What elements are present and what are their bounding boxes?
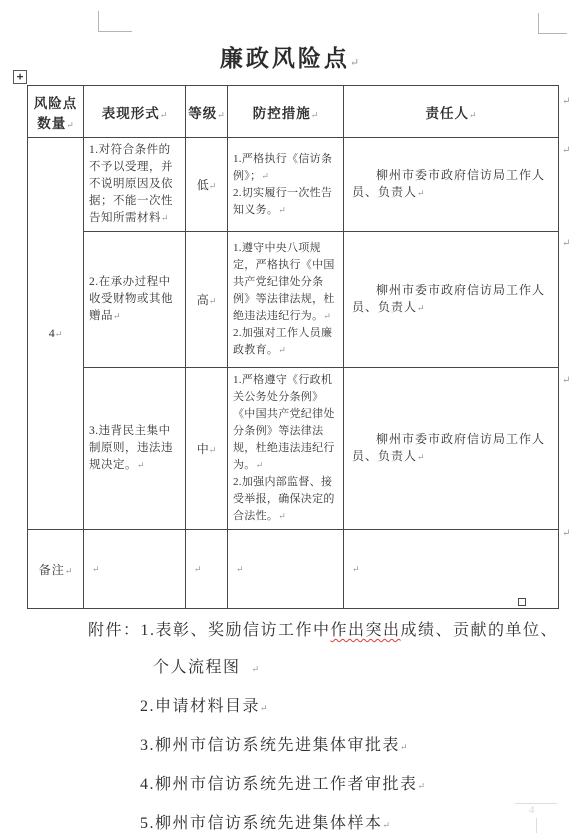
table-row: 4↵ 1.对符合条件的不予以受理，并不说明原因及依据；不能一次性告知所需材料↵ …	[28, 138, 559, 232]
paragraph-mark-icon: ↵	[562, 375, 570, 386]
responsible-text: 柳州市委市政府信访局工作人员、负责人	[352, 432, 545, 463]
header-measures[interactable]: 防控措施↵	[228, 86, 344, 138]
measure-paragraph: 1.严格执行《信访条例》；↵	[233, 151, 338, 185]
paragraph-mark-icon: ↵	[350, 57, 359, 69]
attachments-section: 附件：1.表彰、奖励信访工作中作出突出成绩、贡献的单位、 个人流程图 ↵ 2.申…	[88, 612, 574, 837]
header-form[interactable]: 表现形式↵	[84, 86, 186, 138]
paragraph-mark-icon: ↵	[469, 110, 477, 120]
paragraph-mark-icon: ↵	[252, 664, 260, 674]
scan-artifact-line	[515, 803, 557, 804]
paragraph-mark-icon: ↵	[417, 303, 425, 313]
cell-measures[interactable]: 1.严格执行《信访条例》；↵ 2.切实履行一次性告知义务。↵	[228, 138, 344, 232]
measure-paragraph: 2.切实履行一次性告知义务。↵	[233, 185, 338, 219]
paragraph-mark-icon: ↵	[260, 703, 268, 713]
paragraph-mark-icon: ↵	[209, 296, 217, 306]
attachment-item-4: 4.柳州市信访系统先进工作者审批表↵	[88, 766, 574, 805]
paragraph-mark-icon: ↵	[65, 566, 73, 576]
paragraph-mark-icon: ↵	[383, 820, 391, 830]
header-label: 等级	[188, 106, 217, 121]
cell-form[interactable]: 3.违背民主集中制原则，违法违规决定。↵	[84, 368, 186, 530]
page-title-text: 廉政风险点	[220, 46, 350, 71]
cell-responsible[interactable]: 柳州市委市政府信访局工作人员、负责人↵	[344, 232, 559, 368]
level-value: 高	[197, 293, 209, 307]
level-value: 中	[197, 442, 209, 456]
paragraph-mark-icon: ↵	[92, 564, 100, 574]
risk-table: 风险点数量↵ 表现形式↵ 等级↵ 防控措施↵ 责任人↵ 4↵ 1.对符合条件的不…	[27, 85, 559, 609]
paragraph-mark-icon: ↵	[417, 452, 425, 462]
form-text: 1.对符合条件的不予以受理，并不说明原因及依据；不能一次性告知所需材料	[89, 144, 173, 224]
table-header-row: 风险点数量↵ 表现形式↵ 等级↵ 防控措施↵ 责任人↵	[28, 86, 559, 138]
cell-form[interactable]: 2.在承办过程中收受财物或其他赠品↵	[84, 232, 186, 368]
cell-remark-empty[interactable]: ↵	[186, 530, 228, 609]
paragraph-mark-icon: ↵	[194, 564, 202, 574]
cell-remark-empty[interactable]: ↵	[228, 530, 344, 609]
paragraph-mark-icon: ↵	[311, 110, 319, 120]
table-move-handle[interactable]: +	[13, 70, 27, 84]
header-label: 防控措施	[253, 106, 311, 121]
attachment-item-text: 个人流程图	[153, 659, 241, 676]
responsible-paragraph: 柳州市委市政府信访局工作人员、负责人↵	[352, 167, 550, 202]
remark-label: 备注	[39, 563, 65, 577]
paragraph-mark-icon: ↵	[209, 445, 217, 455]
page-number-artifact: 4	[529, 804, 535, 816]
cell-remark-empty[interactable]: ↵	[84, 530, 186, 609]
header-label: 表现形式	[102, 106, 160, 121]
paragraph-mark-icon: ↵	[417, 188, 425, 198]
paragraph-mark-icon: ↵	[256, 460, 264, 470]
paragraph-mark-icon: ↵	[278, 511, 286, 521]
responsible-paragraph: 柳州市委市政府信访局工作人员、负责人↵	[352, 282, 550, 317]
paragraph-mark-icon: ↵	[261, 171, 269, 181]
cell-responsible[interactable]: 柳州市委市政府信访局工作人员、负责人↵	[344, 368, 559, 530]
paragraph-mark-icon: ↵	[562, 238, 570, 249]
scan-artifact-line	[536, 818, 537, 833]
attachment-item-text-spellcheck: 作出突出	[331, 622, 401, 639]
page-title: 廉政风险点↵	[0, 40, 579, 73]
table-remark-row: 备注↵ ↵ ↵ ↵ ↵	[28, 530, 559, 609]
form-text: 2.在承办过程中收受财物或其他赠品	[89, 276, 173, 322]
header-level[interactable]: 等级↵	[186, 86, 228, 138]
measure-paragraph: 2.加强对工作人员廉政教育。↵	[233, 325, 338, 359]
document-page: 廉政风险点↵ + 风险点数量↵ 表现形式↵ 等级↵ 防控措施↵ 责任人↵ 4↵ …	[0, 0, 579, 837]
paragraph-mark-icon: ↵	[562, 145, 570, 156]
header-risk-count[interactable]: 风险点数量↵	[28, 86, 84, 138]
paragraph-mark-icon: ↵	[113, 311, 121, 321]
attachments-label: 附件：	[88, 622, 141, 639]
paragraph-mark-icon: ↵	[562, 96, 570, 107]
table-row: 3.违背民主集中制原则，违法违规决定。↵ 中↵ 1.严格遵守《行政机关公务处分条…	[28, 368, 559, 530]
paragraph-mark-icon: ↵	[217, 110, 225, 120]
paragraph-mark-icon: ↵	[352, 564, 360, 574]
measure-paragraph: 2.加强内部监督、接受举报，确保决定的合法性。↵	[233, 474, 338, 525]
cell-responsible[interactable]: 柳州市委市政府信访局工作人员、负责人↵	[344, 138, 559, 232]
paragraph-mark-icon: ↵	[66, 120, 74, 130]
paragraph-mark-icon: ↵	[55, 329, 63, 339]
attachment-item-text: 4.柳州市信访系统先进工作者审批表	[140, 776, 418, 793]
paragraph-mark-icon: ↵	[278, 345, 286, 355]
attachment-item-text: 1.表彰、奖励信访工作中	[141, 622, 331, 639]
cell-level[interactable]: 低↵	[186, 138, 228, 232]
measure-text: 1.严格执行《信访条例》；	[233, 153, 332, 182]
measure-text: 1.严格遵守《行政机关公务处分条例》《中国共产党纪律处分条例》等法律法规，杜绝违…	[233, 374, 335, 471]
paragraph-mark-icon: ↵	[323, 311, 331, 321]
cell-measures[interactable]: 1.遵守中央八项规定，严格执行《中国共产党纪律处分条例》等法律法规，杜绝违法违纪…	[228, 232, 344, 368]
attachment-item-3: 3.柳州市信访系统先进集体审批表↵	[88, 727, 574, 766]
paragraph-mark-icon: ↵	[400, 742, 408, 752]
cell-risk-count[interactable]: 4↵	[28, 138, 84, 530]
attachment-item-text: 2.申请材料目录	[140, 698, 260, 715]
cell-measures[interactable]: 1.严格遵守《行政机关公务处分条例》《中国共产党纪律处分条例》等法律法规，杜绝违…	[228, 368, 344, 530]
paragraph-mark-icon: ↵	[278, 205, 286, 215]
paragraph-mark-icon: ↵	[161, 213, 169, 223]
cell-level[interactable]: 高↵	[186, 232, 228, 368]
attachment-item-text: 3.柳州市信访系统先进集体审批表	[140, 737, 400, 754]
paragraph-mark-icon: ↵	[137, 460, 145, 470]
attachment-item-1-line-2: 个人流程图 ↵	[88, 649, 574, 688]
table-row: 2.在承办过程中收受财物或其他赠品↵ 高↵ 1.遵守中央八项规定，严格执行《中国…	[28, 232, 559, 368]
cell-level[interactable]: 中↵	[186, 368, 228, 530]
measure-paragraph: 1.遵守中央八项规定，严格执行《中国共产党纪律处分条例》等法律法规，杜绝违法违纪…	[233, 240, 338, 325]
responsible-paragraph: 柳州市委市政府信访局工作人员、负责人↵	[352, 431, 550, 466]
cell-remark-empty[interactable]: ↵	[344, 530, 559, 609]
measure-text: 1.遵守中央八项规定，严格执行《中国共产党纪律处分条例》等法律法规，杜绝违法违纪…	[233, 242, 335, 322]
form-text: 3.违背民主集中制原则，违法违规决定。	[89, 425, 173, 471]
attachment-item-text: 成绩、贡献的单位、	[401, 622, 559, 639]
responsible-text: 柳州市委市政府信访局工作人员、负责人	[352, 283, 545, 314]
paragraph-mark-icon: ↵	[236, 564, 244, 574]
move-arrows-icon: +	[17, 70, 24, 83]
attachment-item-text: 5.柳州市信访系统先进集体样本	[140, 815, 383, 832]
table-resize-handle[interactable]	[518, 598, 526, 606]
paragraph-mark-icon: ↵	[562, 528, 570, 539]
header-label: 责任人	[425, 106, 469, 121]
responsible-text: 柳州市委市政府信访局工作人员、负责人	[352, 168, 545, 199]
attachment-item-1-line-1: 附件：1.表彰、奖励信访工作中作出突出成绩、贡献的单位、	[88, 612, 574, 649]
measure-paragraph: 1.严格遵守《行政机关公务处分条例》《中国共产党纪律处分条例》等法律法规，杜绝违…	[233, 372, 338, 474]
attachment-item-2: 2.申请材料目录↵	[88, 688, 574, 727]
level-value: 低	[197, 178, 209, 192]
paragraph-mark-icon: ↵	[160, 110, 168, 120]
paragraph-mark-icon: ↵	[209, 181, 217, 191]
cell-remark-label[interactable]: 备注↵	[28, 530, 84, 609]
attachment-item-5: 5.柳州市信访系统先进集体样本↵	[88, 805, 574, 837]
header-responsible[interactable]: 责任人↵	[344, 86, 559, 138]
cell-form[interactable]: 1.对符合条件的不予以受理，并不说明原因及依据；不能一次性告知所需材料↵	[84, 138, 186, 232]
paragraph-mark-icon: ↵	[418, 781, 426, 791]
